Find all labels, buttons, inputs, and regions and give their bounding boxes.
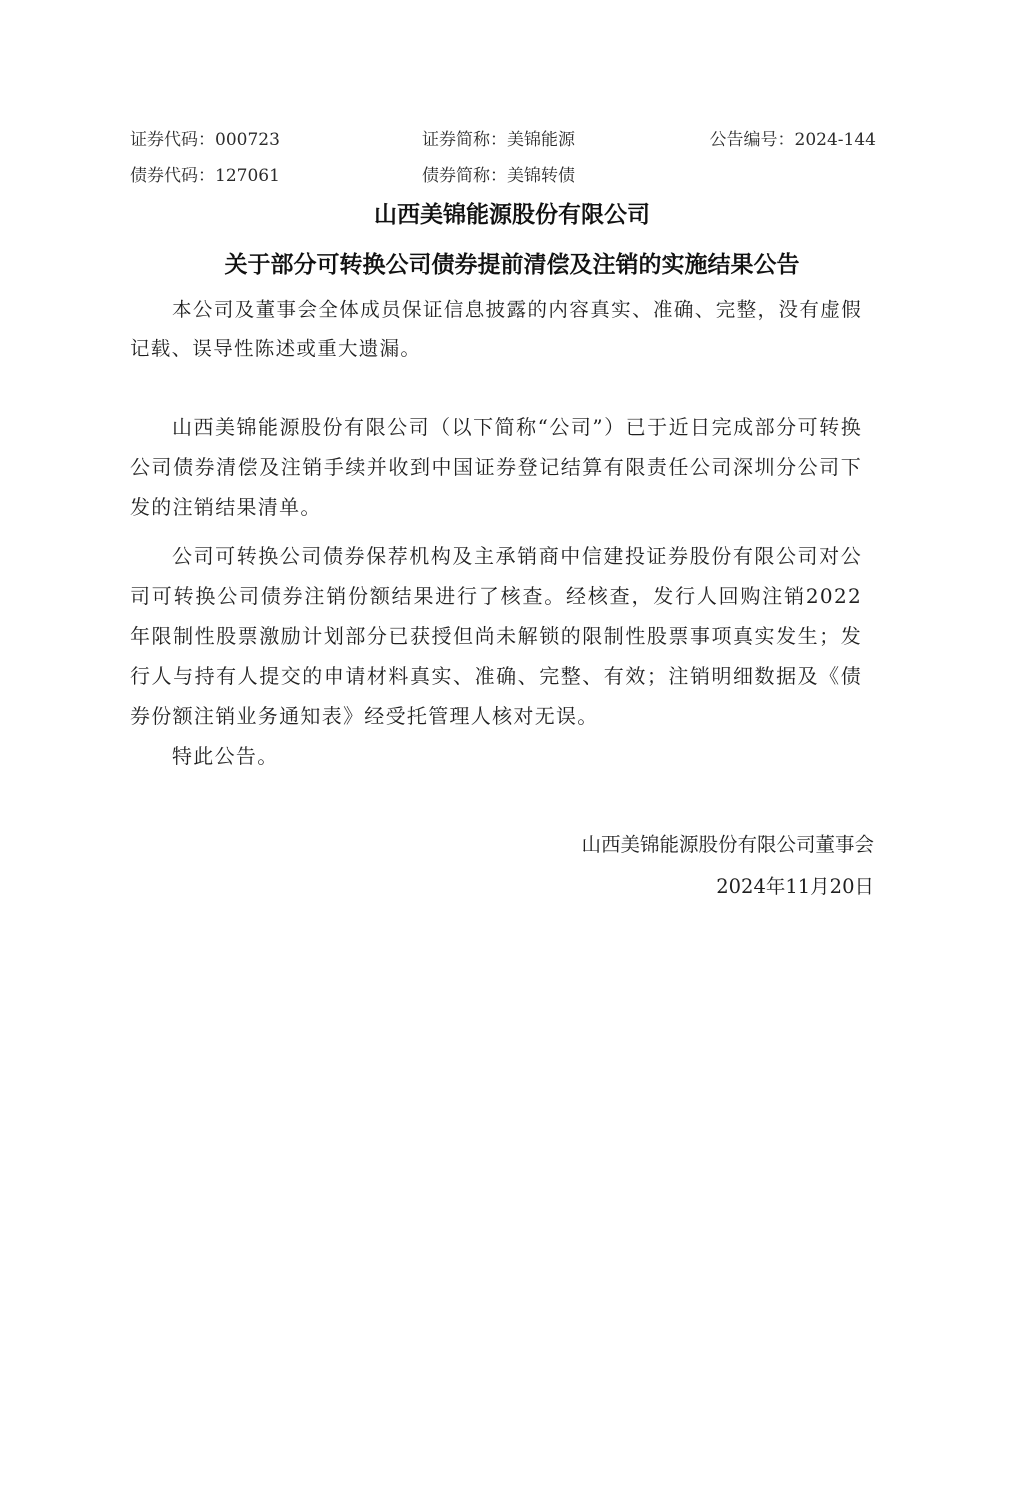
disclosure-statement: 本公司及董事会全体成员保证信息披露的内容真实、准确、完整，没有虚假记载、误导性陈… bbox=[130, 290, 862, 368]
company-title: 山西美锦能源股份有限公司 bbox=[0, 198, 1024, 232]
announcement-title: 关于部分可转换公司债券提前清偿及注销的实施结果公告 bbox=[0, 248, 1024, 282]
signature-organization: 山西美锦能源股份有限公司董事会 bbox=[581, 830, 874, 860]
closing-line: 特此公告。 bbox=[130, 736, 862, 776]
signature-date: 2024年11月20日 bbox=[716, 872, 874, 902]
securities-info-row: 证券代码：000723 证券简称：美锦能源 公告编号：2024-144 bbox=[130, 128, 876, 152]
stock-code: 证券代码：000723 bbox=[130, 128, 280, 152]
bond-abbreviation: 债券简称：美锦转债 bbox=[422, 164, 575, 188]
stock-abbreviation: 证券简称：美锦能源 bbox=[422, 128, 575, 152]
body-paragraph-1: 山西美锦能源股份有限公司（以下简称“公司”）已于近日完成部分可转换公司债券清偿及… bbox=[130, 407, 862, 527]
body-paragraph-2: 公司可转换公司债券保荐机构及主承销商中信建投证券股份有限公司对公司可转换公司债券… bbox=[130, 536, 862, 736]
bond-info-row: 债券代码：127061 债券简称：美锦转债 bbox=[130, 164, 876, 188]
announcement-page: 证券代码：000723 证券简称：美锦能源 公告编号：2024-144 债券代码… bbox=[0, 0, 1024, 1507]
bond-code: 债券代码：127061 bbox=[130, 164, 280, 188]
announcement-number: 公告编号：2024-144 bbox=[710, 128, 876, 152]
